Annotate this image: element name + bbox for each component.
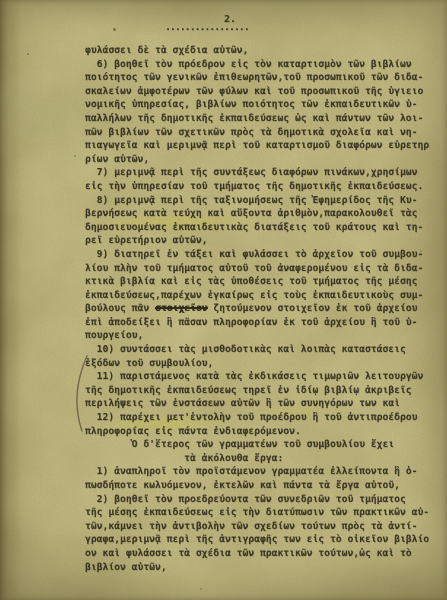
text-line: ρίων αὐτῶν,: [85, 153, 440, 167]
text-line: παλλήλων τῆς δημοτικῆς ἐκπαιδεύσεως ὡς κ…: [85, 112, 440, 126]
text-line: βερνήσεως κατὰ τεύχη καὶ αὔξοντα ἀριθμὸν…: [85, 207, 440, 221]
text-line: βιβλίον αὐτῶν,: [85, 561, 440, 575]
text-line: 10) συντάσσει τὰς μισθοδοτικὰς καὶ λοιπὰ…: [85, 343, 440, 357]
text-line: 9) διατηρεῖ ἐν τάξει καὶ φυλάσσει τὸ ἀρχ…: [85, 248, 440, 262]
header-dots: .................: [165, 22, 249, 33]
text-line: τῆς δημοτικῆς ἐκπαιδεύσεως τηρεῖ ἐν ἰδίῳ…: [85, 384, 440, 398]
text-line: ἐκπαιδεύσεως,παρέχων ἐγκαίρως εἰς τοὺς ἐ…: [85, 289, 440, 303]
text-line: 7) μεριμνᾷ περὶ τῆς συντάξεως διαφόρων π…: [85, 166, 440, 180]
text-line: 6) βοηθεῖ τὸν πρόεδρον εἰς τὸν καταρτισμ…: [85, 58, 440, 72]
text-line: περιλήψεις τῶν ἐνστάσεων αὐτῶν ἢ τῶν συν…: [85, 397, 440, 411]
text-line: πληροφορίας εἰς πάντα ἐνδιαφερόμενον.: [85, 425, 440, 439]
text-line: λίου πλὴν τοῦ τμήματος αὐτοῦ τοῦ ἀναφερο…: [85, 262, 440, 276]
text-line: Ὁ δ'ἕτερος τῶν γραμματέων τοῦ συμβουλίου…: [85, 438, 440, 452]
text-line: 2) βοηθεῖ τὸν προεδρεύοντα τῶν συνεδριῶν…: [85, 493, 440, 507]
text-segment: βούλους πᾶν: [85, 303, 155, 314]
text-line: κτικὰ βιβλία καὶ εἰς τὰς ὑποθέσεις τοῦ τ…: [85, 275, 440, 289]
text-line: 11) παριστάμενος κατὰ τὰς ἐκδικάσεις τιμ…: [85, 370, 440, 384]
text-line: σκαλείων ἀμφοτέρων τῶν φύλων καὶ τοῦ προ…: [85, 85, 440, 99]
document-body: φυλάσσει δὲ τὰ σχέδια αὐτῶν, 6) βοηθεῖ τ…: [85, 44, 440, 574]
ink-speck: [420, 250, 422, 252]
text-line: εἰς τὴν ὑπηρεσίαν τοῦ τμήματος τῆς δημοτ…: [85, 180, 440, 194]
text-line: δημοσιευομένας ἐκπαιδευτικὰς διατάξεις τ…: [85, 221, 440, 235]
text-line: ἐπὶ ἀποδείξει ἢ πᾶσαν πληροφορίαν ἐκ τοῦ…: [85, 316, 440, 330]
struck-out-word: στοιχεῖον: [155, 303, 208, 314]
text-line: 8) μεριμνᾷ περὶ τῆς ταξινομήσεως τῆς Ἐφη…: [85, 194, 440, 208]
text-line: ον καὶ φυλάσσει τὰ σχέδια τῶν πρακτικῶν …: [85, 547, 440, 561]
text-line: τῆς μέσης ἐκπαιδεύσεως εἰς τὴν διατύπωσι…: [85, 506, 440, 520]
text-line: ἐξόδων τοῦ συμβουλίου,: [85, 357, 440, 371]
text-line: νομικῆς ὑπηρεσίας, βιβλίων ποιότητος τῶν…: [85, 98, 440, 112]
text-line: πουργείου,: [85, 329, 440, 343]
ink-speck: [27, 53, 29, 55]
ink-speck: [74, 155, 76, 157]
text-line: γραφα,μεριμνᾷ περὶ τῆς ἀντιγραφῆς των εἰ…: [85, 533, 440, 547]
ink-speck: [113, 28, 116, 31]
text-line: βούλους πᾶν στοιχεῖον ζητούμενον στοιχεῖ…: [85, 302, 440, 316]
text-line: τὰ ἀκόλουθα ἔργα:: [85, 452, 440, 466]
ink-speck: [200, 588, 202, 590]
scanned-document-page: 2. ................. φυλάσσει δὲ τὰ σχέδ…: [0, 0, 447, 600]
text-segment: ζητούμενον στοιχεῖον ἐκ τοῦ ἀρχείου: [208, 303, 418, 314]
text-line: φυλάσσει δὲ τὰ σχέδια αὐτῶν,: [85, 44, 440, 58]
text-line: ρεῖ εὑρετήριον αὐτῶν,: [85, 234, 440, 248]
text-line: 12) παρέχει μετ'ἐντολὴν τοῦ προέδρου ἢ τ…: [85, 411, 440, 425]
text-line: πωσδήποτε κωλυόμενον, ἐκτελῶν καὶ πάντα …: [85, 479, 440, 493]
text-line: πῶν βιβλίων τῶν σχετικῶν πρὸς τὰ δημοτικ…: [85, 126, 440, 140]
text-line: ποιότητος τῶν γενικῶν ἐπιθεωρητῶν,τοῦ πρ…: [85, 71, 440, 85]
text-line: τῶν,κάμνει τὴν ἀντιβολὴν τῶν σχεδίων τού…: [85, 520, 440, 534]
text-line: 1) ἀναπληροῖ τὸν προϊστάμενον γραμματέα …: [85, 465, 440, 479]
text-line: πιαγωγεῖα καὶ μεριμνᾷ περὶ τοῦ καταρτισμ…: [85, 139, 440, 153]
